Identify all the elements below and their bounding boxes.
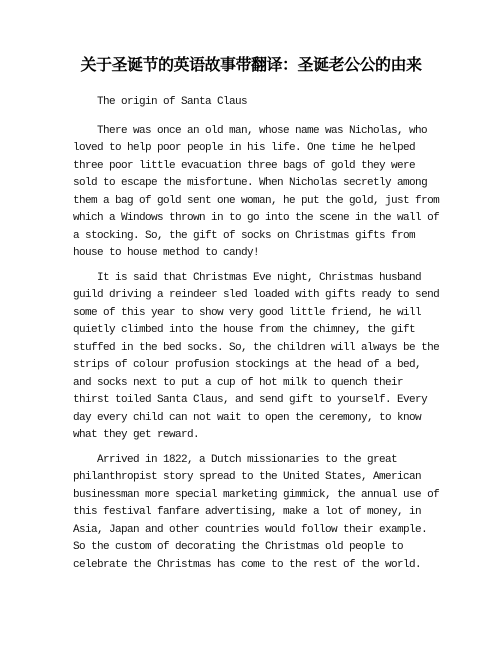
paragraph: Arrived in 1822, a Dutch missionaries to… bbox=[0, 452, 502, 575]
paragraph: It is said that Christmas Eve night, Chr… bbox=[0, 270, 502, 445]
paragraph: There was once an old man, whose name wa… bbox=[0, 123, 502, 263]
document-title: 关于圣诞节的英语故事带翻译：圣诞老公公的由来 bbox=[0, 54, 502, 76]
document-page: 关于圣诞节的英语故事带翻译：圣诞老公公的由来 The origin of San… bbox=[0, 0, 502, 649]
document-subtitle: The origin of Santa Claus bbox=[0, 94, 502, 112]
